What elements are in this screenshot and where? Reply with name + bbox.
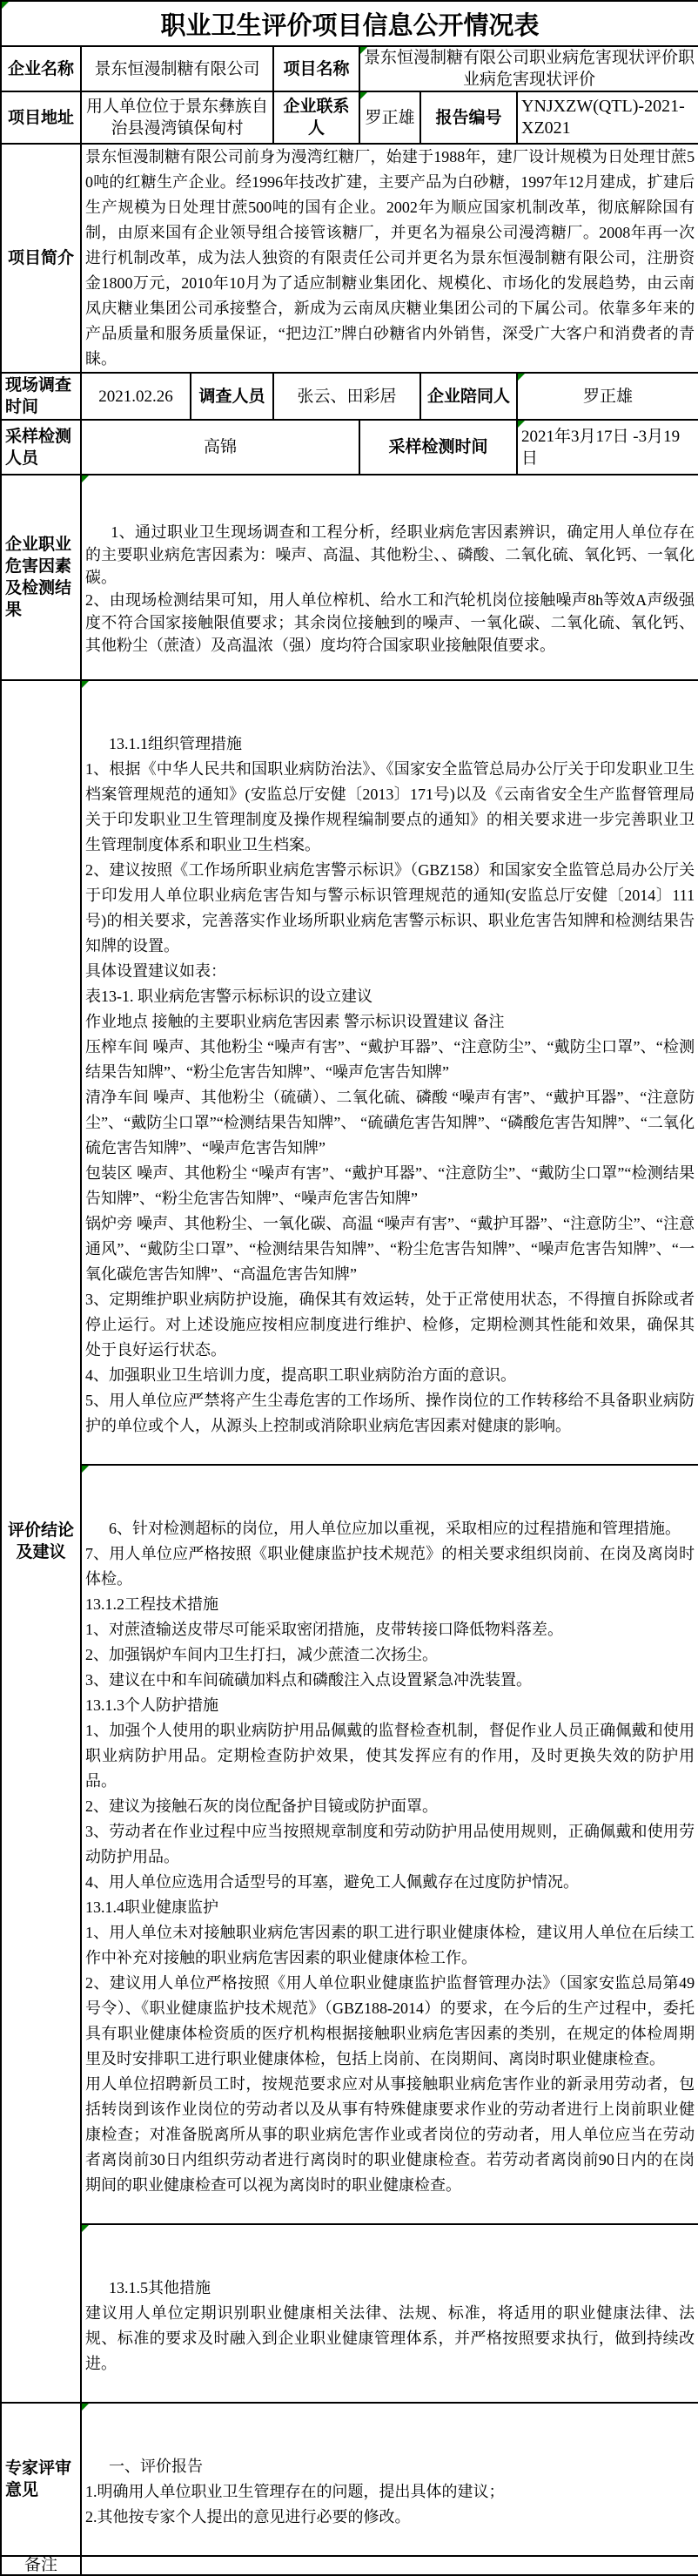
conclusion-section-3: 13.1.5其他措施 建议用人单位定期识别职业健康相关法律、法规、标准，将适用的… [81,2224,698,2403]
conclusion-row-3: 13.1.5其他措施 建议用人单位定期识别职业健康相关法律、法规、标准，将适用的… [1,2224,698,2403]
survey-time-value: 2021.02.26 [81,373,191,420]
company-name-value: 景东恒漫制糖有限公司 [81,46,273,91]
project-address-value: 用人单位位于景东彝族自治县漫湾镇保甸村 [81,91,273,144]
expert-review-label: 专家评审意见 [1,2403,81,2556]
conclusion-row-1: 评价结论及建议 13.1.1组织管理措施 1、根据《中华人民共和国职业病防治法》… [1,680,698,1465]
report-no-label: 报告编号 [420,91,517,144]
company-contact-text: 罗正雄 [365,109,414,127]
company-row: 企业名称 景东恒漫制糖有限公司 项目名称 景东恒漫制糖有限公司职业病危害现状评价… [1,46,698,91]
survey-time-label: 现场调查时间 [1,373,81,420]
conclusion-section-2-text: 6、针对检测超标的岗位，用人单位应加以重视，采取相应的过程措施和管理措施。 7、… [85,1520,695,2194]
intro-row: 项目简介 景东恒漫制糖有限公司前身为漫湾红糖厂，始建于1988年，建厂设计规模为… [1,144,698,373]
cell-marker-icon [518,421,525,428]
remark-row: 备注 [1,2556,698,2575]
surveyors-label: 调查人员 [191,373,273,420]
cell-marker-icon [82,2404,89,2411]
company-contact-label: 企业联系人 [273,91,359,144]
address-row: 项目地址 用人单位位于景东彝族自治县漫湾镇保甸村 企业联系人 罗正雄 报告编号 … [1,91,698,144]
project-name-label: 项目名称 [273,46,359,91]
sampling-time-text: 2021年3月17日 -3月19日 [521,428,680,468]
sampling-row: 采样检测人员 高锦 采样检测时间 2021年3月17日 -3月19日 [1,420,698,475]
hazards-label: 企业职业危害因素及检测结果 [1,475,81,680]
project-intro-value: 景东恒漫制糖有限公司前身为漫湾红糖厂，始建于1988年，建厂设计规模为日处理甘蔗… [81,144,698,373]
cell-marker-icon [360,47,367,54]
escort-label: 企业陪同人 [420,373,517,420]
conclusion-section-3-text: 13.1.5其他措施 建议用人单位定期识别职业健康相关法律、法规、标准，将适用的… [85,2279,695,2372]
escort-text: 罗正雄 [583,388,633,406]
sampling-time-value: 2021年3月17日 -3月19日 [517,420,698,475]
cell-marker-icon [82,1466,89,1473]
expert-review-row: 专家评审意见 一、评价报告 1.明确用人单位职业卫生管理存在的问题，提出具体的建… [1,2403,698,2556]
cell-marker-icon [82,475,89,482]
conclusion-section-1: 13.1.1组织管理措施 1、根据《中华人民共和国职业病防治法》、《国家安全监管… [81,680,698,1465]
conclusion-label: 评价结论及建议 [1,680,81,2403]
conclusion-row-2: 6、针对检测超标的岗位，用人单位应加以重视，采取相应的过程措施和管理措施。 7、… [1,1465,698,2224]
hazards-value: 1、通过职业卫生现场调查和工程分析，经职业病危害因素辨识，确定用人单位存在的主要… [81,475,698,680]
sampling-staff-value: 高锦 [81,420,359,475]
project-intro-label: 项目简介 [1,144,81,373]
project-address-label: 项目地址 [1,91,81,144]
hazards-row: 企业职业危害因素及检测结果 1、通过职业卫生现场调查和工程分析，经职业病危害因素… [1,475,698,680]
conclusion-section-1-text: 13.1.1组织管理措施 1、根据《中华人民共和国职业病防治法》、《国家安全监管… [85,735,695,1434]
cell-marker-icon [82,2225,89,2232]
remark-value [81,2556,698,2575]
cell-marker-icon [82,681,89,688]
title-row: 职业卫生评价项目信息公开情况表 [1,1,698,46]
info-table: 职业卫生评价项目信息公开情况表 企业名称 景东恒漫制糖有限公司 项目名称 景东恒… [0,0,698,2576]
project-name-value: 景东恒漫制糖有限公司职业病危害现状评价职业病危害现状评价 [359,46,698,91]
expert-review-text: 一、评价报告 1.明确用人单位职业卫生管理存在的问题，提出具体的建议； 2.其他… [85,2458,505,2525]
report-no-value: YNJXZW(QTL)-2021-XZ021 [517,91,698,144]
company-contact-value: 罗正雄 [359,91,420,144]
sampling-staff-label: 采样检测人员 [1,420,81,475]
survey-row: 现场调查时间 2021.02.26 调查人员 张云、田彩居 企业陪同人 罗正雄 [1,373,698,420]
sampling-time-label: 采样检测时间 [359,420,517,475]
expert-review-value: 一、评价报告 1.明确用人单位职业卫生管理存在的问题，提出具体的建议； 2.其他… [81,2403,698,2556]
page-title: 职业卫生评价项目信息公开情况表 [1,1,698,46]
page-title-text: 职业卫生评价项目信息公开情况表 [161,12,540,40]
surveyors-value: 张云、田彩居 [273,373,420,420]
conclusion-section-2: 6、针对检测超标的岗位，用人单位应加以重视，采取相应的过程措施和管理措施。 7、… [81,1465,698,2224]
cell-marker-icon [518,374,525,381]
project-name-text: 景东恒漫制糖有限公司职业病危害现状评价职业病危害现状评价 [364,49,695,89]
cell-marker-icon [360,92,367,99]
company-name-label: 企业名称 [1,46,81,91]
escort-value: 罗正雄 [517,373,698,420]
cell-marker-icon [2,2,9,9]
hazards-text: 1、通过职业卫生现场调查和工程分析，经职业病危害因素辨识，确定用人单位存在的主要… [85,523,695,654]
remark-label: 备注 [1,2556,81,2575]
